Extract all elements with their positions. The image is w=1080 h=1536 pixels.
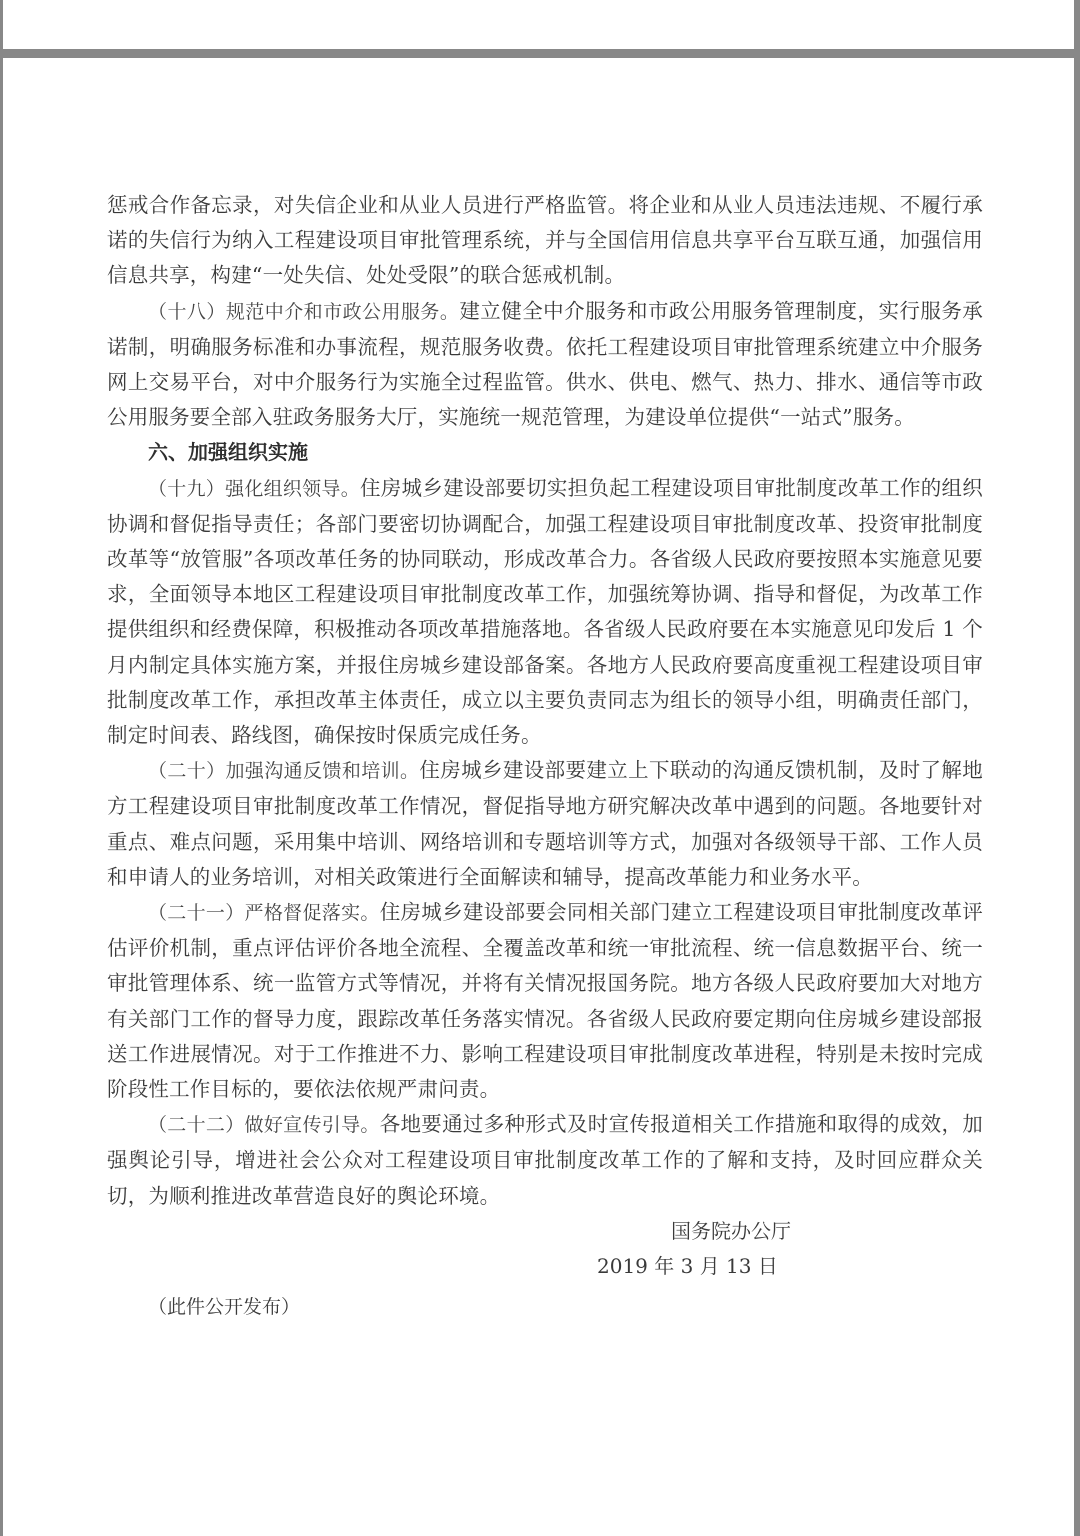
- paragraph-text: 住房城乡建设部要会同相关部门建立工程建设项目审批制度改革评估评价机制，重点评估评…: [107, 900, 983, 1101]
- item-lead: （二十一）严格督促落实。: [148, 902, 380, 924]
- paragraph-item-20: （二十）加强沟通反馈和培训。住房城乡建设部要建立上下联动的沟通反馈机制，及时了解…: [107, 753, 983, 895]
- section-heading: 六、加强组织实施: [107, 435, 983, 470]
- page-content: 惩戒合作备忘录，对失信企业和从业人员进行严格监管。将企业和从业人员违法违规、不履…: [107, 188, 983, 1325]
- paragraph-item-18: （十八）规范中介和市政公用服务。建立健全中介服务和市政公用服务管理制度，实行服务…: [107, 294, 983, 436]
- document-page: 惩戒合作备忘录，对失信企业和从业人员进行严格监管。将企业和从业人员违法违规、不履…: [3, 58, 1074, 1536]
- item-lead: （二十）加强沟通反馈和培训。: [148, 760, 419, 782]
- signature-date: 2019 年 3 月 13 日: [107, 1249, 983, 1284]
- paragraph-item-21: （二十一）严格督促落实。住房城乡建设部要会同相关部门建立工程建设项目审批制度改革…: [107, 895, 983, 1107]
- previous-page-bottom: [3, 0, 1074, 49]
- paragraph-item-22: （二十二）做好宣传引导。各地要通过多种形式及时宣传报道相关工作措施和取得的成效，…: [107, 1107, 983, 1214]
- item-lead: （十八）规范中介和市政公用服务。: [148, 301, 459, 323]
- paragraph-text: 住房城乡建设部要切实担负起工程建设项目审批制度改革工作的组织协调和督促指导责任；…: [107, 476, 983, 747]
- signature-organization: 国务院办公厅: [107, 1214, 983, 1249]
- publication-note: （此件公开发布）: [107, 1290, 983, 1325]
- item-lead: （二十二）做好宣传引导。: [148, 1114, 380, 1136]
- paragraph-continued: 惩戒合作备忘录，对失信企业和从业人员进行严格监管。将企业和从业人员违法违规、不履…: [107, 188, 983, 294]
- paragraph-text: 惩戒合作备忘录，对失信企业和从业人员进行严格监管。将企业和从业人员违法违规、不履…: [107, 193, 983, 287]
- paragraph-item-19: （十九）强化组织领导。住房城乡建设部要切实担负起工程建设项目审批制度改革工作的组…: [107, 471, 983, 754]
- item-lead: （十九）强化组织领导。: [148, 478, 360, 500]
